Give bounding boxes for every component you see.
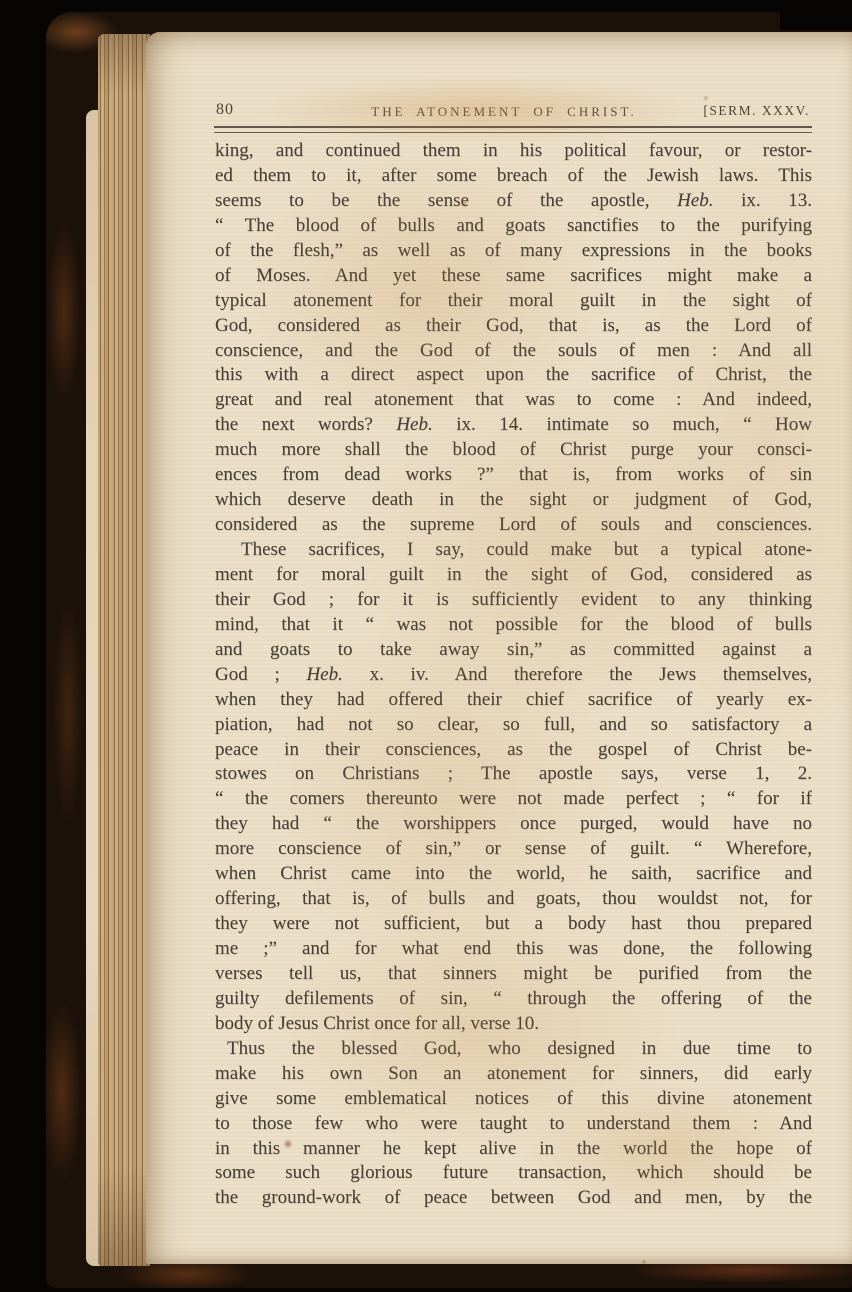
text-line: some such glorious future transaction, w… [215, 1161, 812, 1186]
text-line: God, considered as their God, that is, a… [215, 314, 812, 339]
text-line: which deserve death in the sight or judg… [215, 488, 812, 513]
text-line: ment for moral guilt in the sight of God… [215, 563, 812, 588]
text-line: give some emblematical notices of this d… [215, 1087, 812, 1112]
text-line: they were not sufficient, but a body has… [215, 912, 812, 937]
text-line: ed them to it, after some breach of the … [215, 164, 812, 189]
text-line: considered as the supreme Lord of souls … [215, 513, 812, 538]
text-line: conscience, and the God of the souls of … [215, 339, 812, 364]
background-shadow [780, 0, 852, 30]
stacked-page-edges [98, 34, 150, 1266]
page-text: king, and continued them in his politica… [215, 139, 812, 1211]
text-line: offering, that is, of bulls and goats, t… [215, 887, 812, 912]
text-line: the ground-work of peace between God and… [215, 1186, 812, 1211]
text-line: These sacrifices, I say, could make but … [215, 538, 812, 563]
text-line: mind, that it “ was not possible for the… [215, 613, 812, 638]
header-double-rule [214, 126, 812, 133]
paragraph: Thus the blessed God, who designed in du… [215, 1037, 812, 1212]
text-line: and goats to take away sin,” as committe… [215, 638, 812, 663]
running-title: THE ATONEMENT OF CHRIST. [266, 104, 742, 120]
text-line: “ the comers thereunto were not made per… [215, 787, 812, 812]
paragraph: These sacrifices, I say, could make but … [215, 538, 812, 1037]
text-line: peace in their consciences, as the gospe… [215, 738, 812, 763]
text-line: body of Jesus Christ once for all, verse… [215, 1012, 812, 1037]
text-line: of Moses. And yet these same sacrifices … [215, 264, 812, 289]
text-line: verses tell us, that sinners might be pu… [215, 962, 812, 987]
text-line: much more shall the blood of Christ purg… [215, 438, 812, 463]
page-number: 80 [216, 101, 234, 119]
text-line: make his own Son an atonement for sinner… [215, 1062, 812, 1087]
text-line: great and real atonement that was to com… [215, 388, 812, 413]
text-line: they had “ the worshippers once purged, … [215, 812, 812, 837]
text-line: seems to be the sense of the apostle, He… [215, 189, 812, 214]
text-line: king, and continued them in his politica… [215, 139, 812, 164]
text-line: Thus the blessed God, who designed in du… [215, 1037, 812, 1062]
text-line: when they had offered their chief sacrif… [215, 688, 812, 713]
text-line: their God ; for it is sufficiently evide… [215, 588, 812, 613]
text-line: to those few who were taught to understa… [215, 1112, 812, 1137]
text-line: ences from dead works ?” that is, from w… [215, 463, 812, 488]
text-line: the next words? Heb. ix. 14. intimate so… [215, 413, 812, 438]
text-line: typical atonement for their moral guilt … [215, 289, 812, 314]
text-line: in this manner he kept alive in the worl… [215, 1137, 812, 1162]
scanned-page: 80 THE ATONEMENT OF CHRIST. [SERM. XXXV.… [146, 32, 852, 1264]
text-line: stowes on Christians ; The apostle says,… [215, 762, 812, 787]
text-line: “ The blood of bulls and goats sanctifie… [215, 214, 812, 239]
text-line: guilty defilements of sin, “ through the… [215, 987, 812, 1012]
text-line: me ;” and for what end this was done, th… [215, 937, 812, 962]
text-line: more conscience of sin,” or sense of gui… [215, 837, 812, 862]
paragraph: king, and continued them in his politica… [215, 139, 812, 538]
text-line: this with a direct aspect upon the sacri… [215, 363, 812, 388]
text-line: God ; Heb. x. iv. And therefore the Jews… [215, 663, 812, 688]
text-line: of the flesh,” as well as of many expres… [215, 239, 812, 264]
text-line: when Christ came into the world, he sait… [215, 862, 812, 887]
book-scan-photo: 80 THE ATONEMENT OF CHRIST. [SERM. XXXV.… [0, 0, 852, 1292]
sermon-number-label: [SERM. XXXV. [703, 103, 810, 119]
text-line: piation, had not so clear, so full, and … [215, 713, 812, 738]
